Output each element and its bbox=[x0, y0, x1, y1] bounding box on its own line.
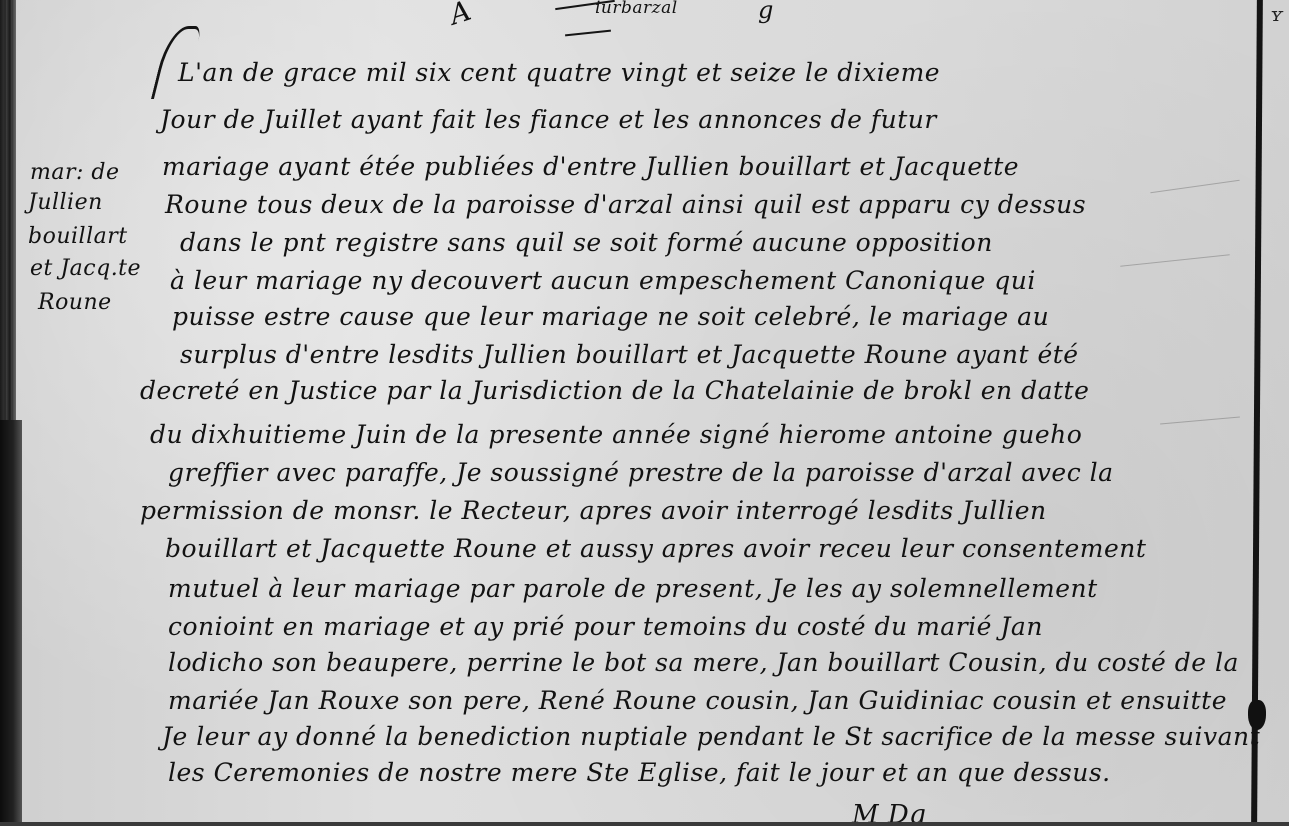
body-line: les Ceremonies de nostre mere Ste Eglise… bbox=[168, 758, 1111, 787]
body-line: greffier avec paraffe, Je soussigné pres… bbox=[168, 458, 1114, 487]
body-line: lodicho son beaupere, perrine le bot sa … bbox=[168, 648, 1239, 677]
body-line: Jour de Juillet ayant fait les fiance et… bbox=[160, 105, 937, 134]
body-line: permission de monsr. le Recteur, apres a… bbox=[140, 496, 1047, 525]
header-title: iurbarzal bbox=[595, 0, 678, 18]
guide-line bbox=[1160, 417, 1240, 425]
header-mark: A bbox=[445, 0, 475, 31]
left-margin-rule bbox=[11, 0, 13, 420]
binding-shadow bbox=[0, 420, 22, 822]
header-flourish-icon: g bbox=[758, 0, 774, 24]
body-line: Je leur ay donné la benediction nuptiale… bbox=[162, 722, 1260, 751]
body-line: du dixhuitieme Juin de la presente année… bbox=[150, 420, 1082, 449]
guide-line bbox=[1120, 254, 1230, 266]
body-line: Roune tous deux de la paroisse d'arzal a… bbox=[165, 190, 1086, 219]
margin-note-line: Roune bbox=[38, 290, 112, 315]
body-line: surplus d'entre lesdits Jullien bouillar… bbox=[180, 340, 1079, 369]
body-line: mutuel à leur mariage par parole de pres… bbox=[168, 574, 1098, 603]
body-line: dans le pnt registre sans quil se soit f… bbox=[180, 228, 993, 257]
right-margin-rule bbox=[1251, 0, 1263, 822]
margin-note-line: bouillart bbox=[28, 224, 128, 249]
body-line: L'an de grace mil six cent quatre vingt … bbox=[178, 58, 940, 87]
body-line: puisse estre cause que leur mariage ne s… bbox=[172, 302, 1049, 331]
body-line: bouillart et Jacquette Roune et aussy ap… bbox=[165, 534, 1146, 563]
adjacent-page-fragment: ʏ bbox=[1270, 2, 1283, 26]
body-line: à leur mariage ny decouvert aucun empesc… bbox=[170, 266, 1036, 295]
margin-note-line: Jullien bbox=[28, 190, 103, 215]
viewer-bottom-border bbox=[0, 822, 1289, 826]
register-page: ʏ A iurbarzal g mar: de Jullien bouillar… bbox=[0, 0, 1289, 822]
margin-note-line: et Jacq.te bbox=[30, 256, 141, 281]
left-margin-rule bbox=[4, 0, 6, 420]
margin-note-line: mar: de bbox=[30, 160, 120, 185]
body-line: mariée Jan Rouxe son pere, René Roune co… bbox=[168, 686, 1227, 715]
body-line: conioint en mariage et ay prié pour temo… bbox=[168, 612, 1043, 641]
guide-line bbox=[1150, 180, 1239, 194]
signature-fragment: M Dg bbox=[852, 800, 926, 822]
body-line: mariage ayant étée publiées d'entre Jull… bbox=[162, 152, 1019, 181]
body-line: decreté en Justice par la Jurisdiction d… bbox=[140, 376, 1089, 405]
